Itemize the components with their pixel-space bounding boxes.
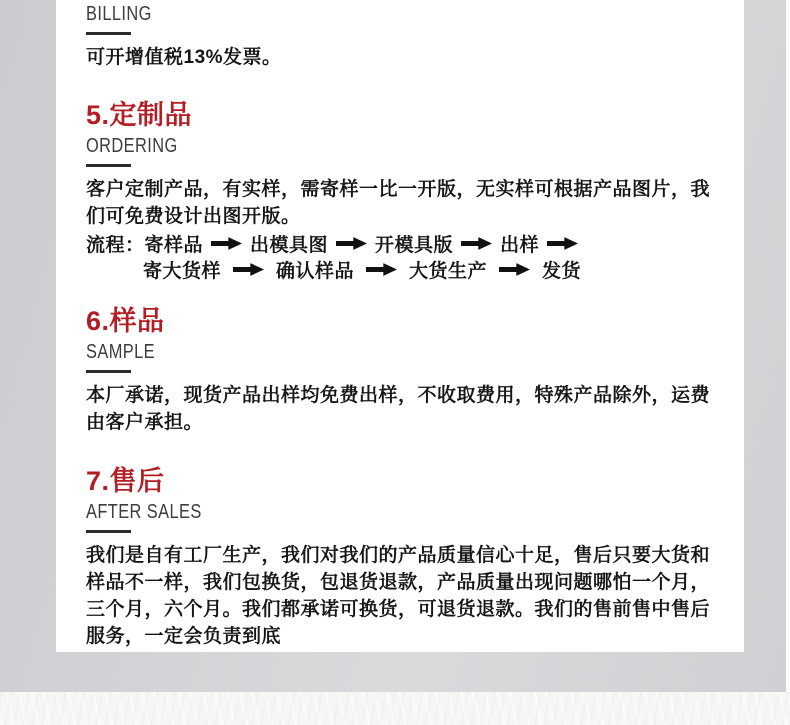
section-billing: BILLING 可开增值税13%发票。 [86, 3, 714, 71]
flow-step: 寄样品 [145, 230, 204, 257]
ordering-title: 5.定制品 [86, 100, 714, 131]
right-edge-highlight [786, 0, 790, 692]
process-flow-line-1: 流程： 寄样品 出模具图 开模具版 出样 [86, 230, 714, 256]
flow-step: 确认样品 [276, 256, 354, 283]
page-root: BILLING 可开增值税13%发票。 5.定制品 ORDERING 客户定制产… [0, 0, 790, 725]
solid-right-arrow-icon [211, 237, 242, 250]
content-sheet: BILLING 可开增值税13%发票。 5.定制品 ORDERING 客户定制产… [56, 0, 744, 652]
ordering-text: 客户定制产品，有实样，需寄样一比一开版，无实样可根据产品图片，我们可免费设计出图… [86, 176, 714, 230]
after-sales-divider [86, 530, 131, 533]
flow-step: 出模具图 [250, 230, 328, 257]
billing-en-label: BILLING [86, 3, 601, 25]
flow-step: 出样 [500, 230, 539, 257]
after-sales-title: 7.售后 [86, 466, 714, 497]
solid-right-arrow-icon [547, 237, 578, 250]
process-flow: 流程： 寄样品 出模具图 开模具版 出样 寄大货样 确认样品 [86, 230, 714, 282]
sheet-inner: BILLING 可开增值税13%发票。 5.定制品 ORDERING 客户定制产… [56, 0, 744, 650]
after-sales-text: 我们是自有工厂生产，我们对我们的产品质量信心十足，售后只要大货和样品不一样，我们… [86, 542, 714, 650]
sample-text: 本厂承诺，现货产品出样均免费出样，不收取费用，特殊产品除外，运费由客户承担。 [86, 382, 714, 436]
section-after-sales: 7.售后 AFTER SALES 我们是自有工厂生产，我们对我们的产品质量信心十… [86, 466, 714, 650]
flow-label: 流程： [86, 230, 145, 257]
billing-text: 可开增值税13%发票。 [86, 44, 714, 71]
sample-en-label: SAMPLE [86, 341, 601, 363]
solid-right-arrow-icon [336, 237, 367, 250]
solid-right-arrow-icon [461, 237, 492, 250]
section-ordering: 5.定制品 ORDERING 客户定制产品，有实样，需寄样一比一开版，无实样可根… [86, 100, 714, 282]
billing-divider [86, 32, 131, 35]
after-sales-en-label: AFTER SALES [86, 501, 601, 523]
section-sample: 6.样品 SAMPLE 本厂承诺，现货产品出样均免费出样，不收取费用，特殊产品除… [86, 306, 714, 436]
flow-step: 大货生产 [409, 256, 487, 283]
flow-step: 开模具版 [375, 230, 453, 257]
ordering-divider [86, 164, 131, 167]
sample-title: 6.样品 [86, 306, 714, 337]
solid-right-arrow-icon [233, 263, 264, 276]
sample-divider [86, 370, 131, 373]
ordering-en-label: ORDERING [86, 135, 601, 157]
solid-right-arrow-icon [499, 263, 530, 276]
flow-step: 寄大货样 [143, 256, 221, 283]
solid-right-arrow-icon [366, 263, 397, 276]
process-flow-line-2: 寄大货样 确认样品 大货生产 发货 [86, 256, 714, 282]
flow-step: 发货 [542, 256, 581, 283]
